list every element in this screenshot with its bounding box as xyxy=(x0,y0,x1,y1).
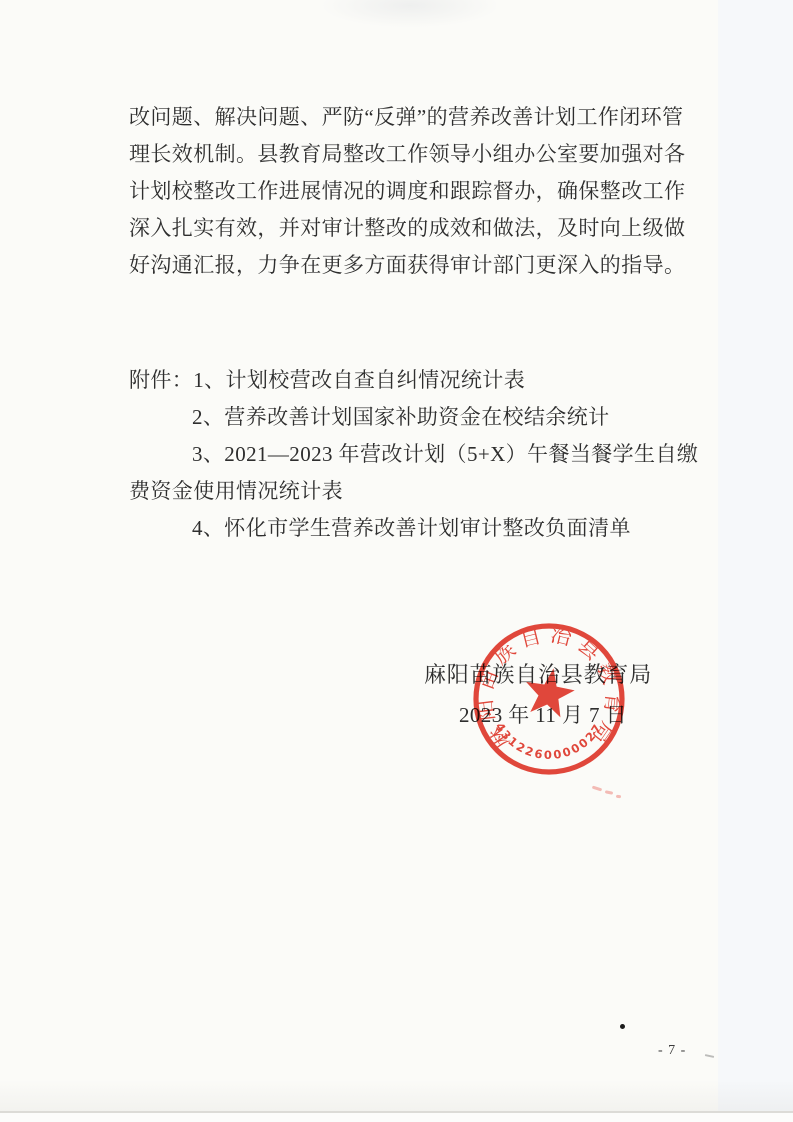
body-line: 好沟通汇报，力争在更多方面获得审计部门更深入的指导。 xyxy=(129,253,685,277)
scanned-document-page: 改问题、解决问题、严防“反弹”的营养改善计划工作闭环管 理长效机制。县教育局整改… xyxy=(0,0,793,1122)
stamp-star xyxy=(521,664,578,719)
scan-artifact-bottom-edge xyxy=(0,1111,793,1122)
attachment-line: 4、怀化市学生营养改善计划审计整改负面清单 xyxy=(192,516,631,540)
attachment-line: 2、营养改善计划国家补助资金在校结余统计 xyxy=(192,405,610,429)
stamp-ink-speck xyxy=(592,786,602,792)
official-stamp: 麻阳苗族自治县教育局 4312260000027 xyxy=(469,618,631,782)
scan-artifact-dot xyxy=(620,1024,625,1029)
attachment-line: 附件：1、计划校营改自查自纠情况统计表 xyxy=(129,368,525,392)
body-line: 深入扎实有效，并对审计整改的成效和做法，及时向上级做 xyxy=(129,216,685,240)
attachment-line: 费资金使用情况统计表 xyxy=(129,479,343,503)
stamp-serial-number: 4312260000027 xyxy=(493,720,606,762)
scan-artifact-bottom-shade xyxy=(0,1080,793,1111)
body-line: 理长效机制。县教育局整改工作领导小组办公室要加强对各 xyxy=(129,142,685,166)
scan-artifact-dash xyxy=(705,1054,714,1058)
body-line: 改问题、解决问题、严防“反弹”的营养改善计划工作闭环管 xyxy=(129,105,683,129)
attachment-line: 3、2021—2023 年营改计划（5+X）午餐当餐学生自缴 xyxy=(192,442,698,466)
stamp-ink-speck xyxy=(605,790,613,795)
scan-artifact-right-strip xyxy=(718,0,793,1122)
page-number: - 7 - xyxy=(658,1043,686,1059)
body-line: 计划校整改工作进展情况的调度和跟踪督办，确保整改工作 xyxy=(129,179,685,203)
scan-artifact-top-noise xyxy=(320,0,500,28)
stamp-ink-speck xyxy=(616,795,621,799)
